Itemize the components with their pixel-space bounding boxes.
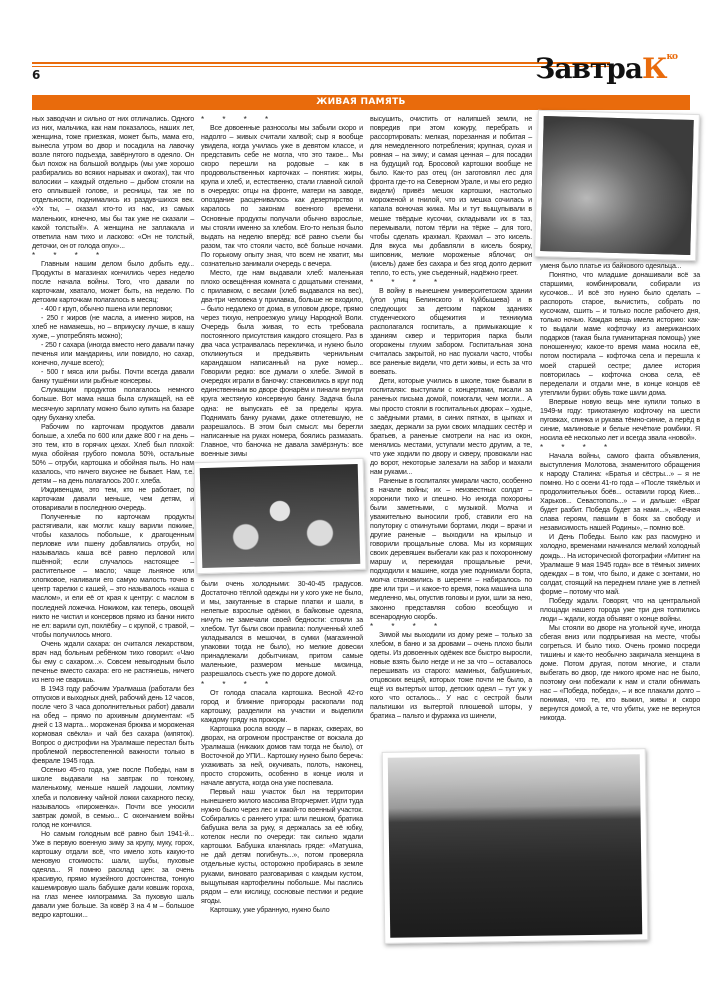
section-separator: * * * * bbox=[201, 680, 363, 689]
paragraph: В войну в нынешнем университетском здани… bbox=[370, 287, 532, 377]
paragraph: Первый наш участок был на территории нын… bbox=[201, 788, 363, 906]
paragraph: - 250 г сахара (иногда вместо него давал… bbox=[32, 341, 194, 368]
paragraph: Понятно, что младшие донашивали всё за с… bbox=[540, 271, 700, 398]
paragraph: Начала войны, самого факта объявления, в… bbox=[540, 452, 700, 533]
newspaper-logo: ЗавтраКко bbox=[535, 52, 677, 85]
paragraph: Впервые новую вещь мне купили только в 1… bbox=[540, 398, 700, 443]
paragraph: Мы стояли во дворе на угольной куче, ино… bbox=[540, 624, 700, 724]
paragraph: уменя было платье из байкового одеяльца.… bbox=[540, 262, 700, 271]
photo-image bbox=[200, 464, 361, 568]
paragraph: Главным нашим делом было добыть еду... П… bbox=[32, 260, 194, 305]
paragraph: От голода спасала картошка. Весной 42-го… bbox=[201, 689, 363, 725]
paragraph: Раненые в госпиталях умирали часто, особ… bbox=[370, 477, 532, 622]
paragraph: Картошка росла всюду – в парках, скверах… bbox=[201, 725, 363, 788]
section-separator: * * * * bbox=[32, 251, 194, 260]
paragraph: - 250 г жиров (не масла, а именно жиров,… bbox=[32, 314, 194, 341]
paragraph: - 400 г круп, обычно пшена или перловки; bbox=[32, 305, 194, 314]
paragraph: высушить, очистить от налипшей земли, не… bbox=[370, 115, 532, 278]
paragraph: В 1943 году рабочим Уралмаша (работали б… bbox=[32, 685, 194, 766]
paragraph: Дети, которые учились в школе, тоже быва… bbox=[370, 377, 532, 477]
article-column-1: ных заводчан и сильно от них отличались.… bbox=[32, 115, 194, 920]
photo-victory-rally bbox=[382, 748, 649, 944]
paragraph: были очень холодными: 30-40-45 градусов.… bbox=[201, 580, 363, 680]
section-separator: * * * * bbox=[370, 278, 532, 287]
logo-accent: К bbox=[642, 52, 666, 85]
paragraph: - 500 г мяса или рыбы. Почти всегда дава… bbox=[32, 368, 194, 386]
paragraph: Рабочим по карточкам продуктов давали бо… bbox=[32, 423, 194, 486]
section-separator: * * * * bbox=[370, 622, 532, 631]
paragraph: Осенью 45-го года, уже после Победы, нам… bbox=[32, 766, 194, 829]
paragraph: Но самым голодным всё равно был 1941-й..… bbox=[32, 830, 194, 920]
page-number: 6 bbox=[32, 68, 40, 82]
section-separator: * * * * bbox=[201, 115, 363, 124]
paragraph: Картошку, уже убранную, нужно было bbox=[201, 906, 363, 915]
paragraph: ных заводчан и сильно от них отличались.… bbox=[32, 115, 194, 251]
paragraph: Служащим продуктов полагалось немного бо… bbox=[32, 386, 194, 422]
paragraph: Место, где нам выдавали хлеб: маленькая … bbox=[201, 269, 363, 459]
article-column-4: уменя было платье из байкового одеяльца.… bbox=[540, 262, 700, 723]
paragraph: Очень ждали сахара: он считался лекарств… bbox=[32, 640, 194, 685]
article-column-2-top: * * * *Все довоенные разносолы мы забыли… bbox=[201, 115, 363, 459]
paragraph: Победу ждали. Говорят, что на центрально… bbox=[540, 597, 700, 624]
paragraph: Зимой мы выходили из дому реже – только … bbox=[370, 631, 532, 721]
paragraph: Все довоенные разносолы мы забыли скоро … bbox=[201, 124, 363, 269]
paragraph: Полученные по карточкам продукты растяги… bbox=[32, 513, 194, 640]
section-separator: * * * * bbox=[540, 443, 700, 452]
header-rule-top bbox=[32, 62, 610, 64]
photo-boy-portrait bbox=[534, 110, 700, 261]
article-column-2-bottom: были очень холодными: 30-40-45 градусов.… bbox=[201, 580, 363, 915]
paragraph: Иждивенцам, это тем, кто не работает, по… bbox=[32, 486, 194, 513]
photo-image bbox=[388, 754, 642, 938]
photo-three-children bbox=[194, 458, 367, 574]
logo-sup: ко bbox=[666, 52, 677, 62]
paragraph: И День Победы. Было как раз пасмурно и х… bbox=[540, 533, 700, 596]
logo-main: Завтра bbox=[535, 52, 642, 85]
photo-image bbox=[540, 116, 693, 255]
article-column-3: высушить, очистить от налипшей земли, не… bbox=[370, 115, 532, 721]
section-banner: ЖИВАЯ ПАМЯТЬ bbox=[32, 95, 690, 110]
header-rule-bottom bbox=[32, 66, 610, 67]
